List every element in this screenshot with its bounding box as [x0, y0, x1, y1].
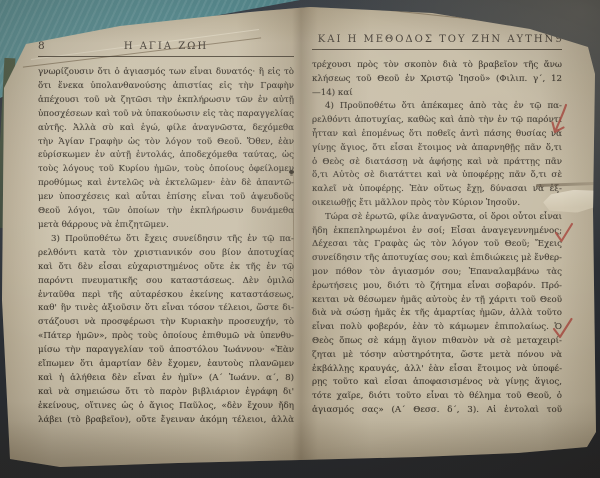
- text-line: ρῃς τοῦτο καὶ εἶσαι ἀποφασισμένος νὰ γίν…: [312, 376, 562, 390]
- text-line: μον πόθον τὸν ἁγιασμόν σου; Ἐπαναλαμβάνω…: [312, 266, 562, 280]
- text-line: εἴπωμεν ὅτι ἁμαρτίαν δὲν ἔχομεν, ἑαυτοὺς…: [38, 358, 294, 372]
- running-header-right: ΚΑΙ Η ΜΕΘΟΔΟΣ ΤΟΥ ΖΗΝ ΑΥΤΗΝ 9: [312, 33, 562, 45]
- text-line: «Πάτερ ἡμῶν», πρὸς τοὺς ὁποίους ἐπιθυμῶ …: [38, 330, 294, 344]
- text-line: καὶ ὅτι δὲν εἶσαι εὐχαριστημένος οὔτε ἐκ…: [38, 261, 294, 275]
- running-title-left: Η ΑΓΙΑ ΖΩΗ: [60, 41, 272, 52]
- text-line: γνωρίζουσιν ὅτι ὁ ἁγιασμός των εἶναι δυν…: [38, 66, 294, 80]
- text-line: Θεοῦ λόγοι, τῶν ὁποίων τὴν ἐκπλήρωσιν δυ…: [38, 205, 294, 219]
- text-line: οικειωθῇς ἔτι μᾶλλον πρὸς τὸν Κύριον Ἰησ…: [312, 197, 562, 211]
- text-line: ὅ,τι Αὐτὸς σὲ διατάττει καὶ νὰ ὑποφέρῃς …: [312, 169, 562, 183]
- text-line: ὁ Θεὸς σὲ διατάσσῃ νὰ ἀφήσῃς καὶ νὰ πράτ…: [312, 156, 562, 170]
- text-line: ὑποσχέσεων καὶ τοῦ νὰ ὑπακούωσιν εἰς τὰς…: [38, 108, 294, 122]
- text-line: παρόντι πνευματικῆς σου καταστάσεως. Δὲν…: [38, 275, 294, 289]
- paragraph: 4) Προϋποθέτω ὅτι ἀπέκαμες ἀπὸ τὰς ἐν τῷ…: [312, 100, 562, 210]
- text-line: κλήσεως τοῦ Θεοῦ ἐν Χριστῷ Ἰησοῦ» (Φιλιπ…: [312, 73, 562, 87]
- text-line: προθύμως καὶ ἐντελῶς νὰ ἐκτελῶμεν· ἐὰν δ…: [38, 177, 294, 191]
- text-line: καλεῖ νὰ ὑποφέρῃς. Ἐὰν οὕτως ἔχῃ, δύνασα…: [312, 183, 562, 197]
- running-header-left: 8 Η ΑΓΙΑ ΖΩΗ: [38, 40, 294, 52]
- text-line: κειται νὰ θέσωμεν ἡμᾶς αὐτοὺς ἐν τῇ χάρι…: [312, 294, 562, 308]
- text-line: ζηται μὲ τόσην αὐστηρότητα, ὥστε μετὰ πό…: [312, 349, 562, 363]
- book-photo-scene: 8 Η ΑΓΙΑ ΖΩΗ γνωρίζουσιν ὅτι ὁ ἁγιασμός …: [0, 0, 600, 478]
- text-line: ἀπέχουσι τοῦ νὰ ζητῶσι τὴν ἐκπλήρωσιν τῶ…: [38, 94, 294, 108]
- book-page-right: ΚΑΙ Η ΜΕΘΟΔΟΣ ΤΟΥ ΖΗΝ ΑΥΤΗΝ 9 τρέχουσι π…: [312, 33, 562, 418]
- header-rule-left: [38, 56, 294, 57]
- paragraph: τρέχουσι πρὸς τὸν σκοπὸν διὰ τὸ βραβεῖον…: [312, 59, 562, 100]
- page-text-right: τρέχουσι πρὸς τὸν σκοπὸν διὰ τὸ βραβεῖον…: [312, 59, 562, 418]
- text-line: λάβει (τὸ βραβεῖον), οὔτε ἔγειναν ἀκόμη …: [38, 414, 294, 428]
- page-tear-slit: [536, 182, 596, 187]
- text-line: μετὰ θάρρους νὰ ἐπιζητῶμεν.: [38, 219, 294, 233]
- text-line: ρελθόντι ἀποτυχίας, καθὼς καὶ ἀπὸ τὴν ἐν…: [312, 114, 562, 128]
- text-line: τότε χαῖρε, διότι τοῦτο εἶναι τὸ θέλημα …: [312, 390, 562, 404]
- text-line: 3) Προϋποθέτω ὅτι ἔχεις συνείδησιν τῆς ἐ…: [38, 233, 294, 247]
- text-line: Θεὸς ὅπως σὲ κάμῃ ἅγιον πιθανὸν νὰ σὲ με…: [312, 335, 562, 349]
- text-line: ἐκβάλλῃς κραυγάς, ἀλλ' ἐὰν εἶσαι ἕτοιμος…: [312, 363, 562, 377]
- text-line: καὶ νὰ σημειώσω ὅτι τὸ παρὸν βιβλιάριον …: [38, 386, 294, 400]
- text-line: τοὺς λόγους τοῦ Κυρίου ἡμῶν, τοὺς ὁποίου…: [38, 163, 294, 177]
- running-title-right: ΚΑΙ Η ΜΕΘΟΔΟΣ ΤΟΥ ΖΗΝ ΑΥΤΗΝ: [318, 34, 556, 45]
- text-line: στάζουσι νὰ προσφέρωσι τὴν Κυριακὴν προσ…: [38, 316, 294, 330]
- paragraph: 3) Προϋποθέτω ὅτι ἔχεις συνείδησιν τῆς ἐ…: [38, 233, 294, 428]
- text-line: αὐτῆς. Ἀλλὰ σὺ καὶ ἐγώ, φίλε ἀναγνῶστα, …: [38, 122, 294, 136]
- paragraph: Τώρα σὲ ἐρωτῶ, φίλε ἀναγνῶστα, οἱ ὅροι ο…: [312, 211, 562, 418]
- text-line: ἧτταν καὶ ἑπομένως ὅτι ποθεῖς ἀντὶ πάσης…: [312, 128, 562, 142]
- text-line: τρέχουσι πρὸς τὸν σκοπὸν διὰ τὸ βραβεῖον…: [312, 59, 562, 73]
- page-number-left: 8: [38, 40, 60, 52]
- page-text-left: γνωρίζουσιν ὅτι ὁ ἁγιασμός των εἶναι δυν…: [38, 66, 294, 428]
- text-line: γίνῃς ἅγιος, ὅτι εἶσαι ἕτοιμος νὰ ἀπαρνη…: [312, 142, 562, 156]
- text-line: ὅτι ἕνεκα ὑπολανθανούσης ἀπιστίας εἰς τὴ…: [38, 80, 294, 94]
- header-rule-right: [312, 49, 562, 50]
- text-line: καὶ ἡ ἀλήθεια δὲν εἶναι ἐν ἡμῖν» (Α´ Ἰωά…: [38, 372, 294, 386]
- text-line: ἁγιασμός σας» (Α´ Θεσσ. δ´, 3). Αἱ ἐντολ…: [312, 404, 562, 418]
- text-line: Τώρα σὲ ἐρωτῶ, φίλε ἀναγνῶστα, οἱ ὅροι ο…: [312, 211, 562, 225]
- text-line: διὰ νὰ σώσῃ ἡμᾶς ἐκ τῆς ἁμαρτίας ἡμῶν, ἀ…: [312, 307, 562, 321]
- text-line: μεν ὑποσχέσεις καὶ αὗται ἐπίσης εἶναι το…: [38, 191, 294, 205]
- open-book: 8 Η ΑΓΙΑ ΖΩΗ γνωρίζουσιν ὅτι ὁ ἁγιασμός …: [0, 0, 600, 478]
- text-line: Δέχεσαι τὰς Γραφὰς ὡς τὸν λόγον τοῦ Θεοῦ…: [312, 238, 562, 252]
- text-line: καθ' ἣν τινὲς ἀξιοῦσιν ὅτι εἶναι τόσον τ…: [38, 302, 294, 316]
- text-line: 4) Προϋποθέτω ὅτι ἀπέκαμες ἀπὸ τὰς ἐν τῷ…: [312, 100, 562, 114]
- paragraph: γνωρίζουσιν ὅτι ὁ ἁγιασμός των εἶναι δυν…: [38, 66, 294, 233]
- book-page-left: 8 Η ΑΓΙΑ ΖΩΗ γνωρίζουσιν ὅτι ὁ ἁγιασμός …: [38, 40, 294, 428]
- text-line: συνείδησιν τῆς ἀποτυχίας σου; καὶ ἐπιδιώ…: [312, 252, 562, 266]
- text-line: μίσω τὴν παραγγελίαν τοῦ ἀποστόλου Ἰωάνν…: [38, 344, 294, 358]
- text-line: ἐνταῦθα περὶ τῆς αὐταρέσκου ἐκείνης κατα…: [38, 289, 294, 303]
- text-line: τὴν Ἁγίαν Γραφὴν ὡς τὸν λόγον τοῦ Θεοῦ. …: [38, 136, 294, 150]
- text-line: εὑρίσκωμεν ἐν αὐτῇ ἐντολάς, ἀποδεχόμεθα …: [38, 149, 294, 163]
- text-line: ἤδη ἐκπεπληρωμένοι ἐν σοί; Εἶσαι ἀναγεγε…: [312, 225, 562, 239]
- text-line: ρελθόντι κατὰ τὸν χριστιανικόν σου βίον …: [38, 247, 294, 261]
- text-line: εἶναι πολὺ φοβερόν, ἐὰν τὸ κάμωμεν ἐπιπο…: [312, 321, 562, 335]
- text-line: —14) καί: [312, 87, 562, 101]
- text-line: ἐρωτήσεις μου, διότι τὸ ζήτημα εἶναι σοβ…: [312, 280, 562, 294]
- text-line: ἐκείνους, οἵτινες ὡς ὁ ἅγιος Παῦλος, «δὲ…: [38, 400, 294, 414]
